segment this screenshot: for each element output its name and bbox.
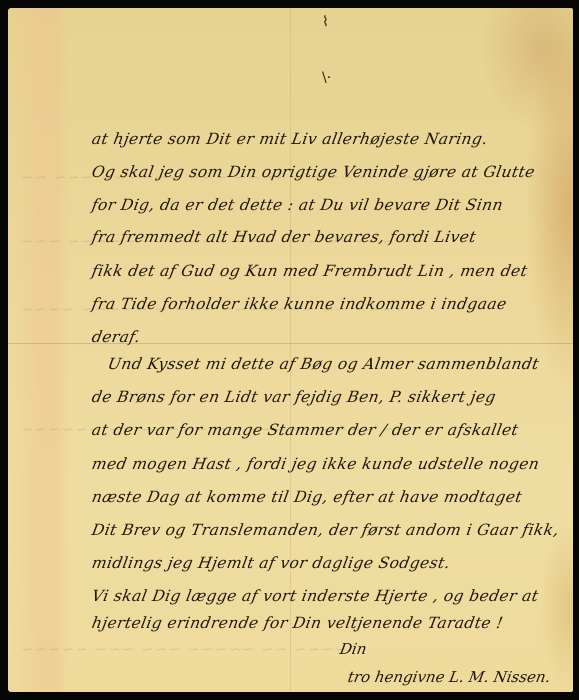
letter-signature: tro hengivne L. M. Nissen. [346,668,552,686]
ink-mark: \· [322,70,331,86]
letter-line: for Dig, da er det dette : at Du vil bev… [90,196,504,214]
letter-line: Und Kysset mi dette af Bøg og Almer samm… [106,355,540,373]
ink-mark: ⌇ [322,14,329,30]
letter-line: Vi skal Dig lægge af vort inderste Hjert… [90,587,540,605]
letter-line: midlings jeg Hjemlt af vor daglige Sodge… [90,554,451,572]
bleed-through-text: ~~~~ ~~ ~~~~~ ~~~ ~~~ ~~~~~ [20,640,347,658]
letter-line: deraf. [90,328,141,346]
letter-line: at der var for mange Stammer der / der e… [90,421,519,439]
letter-line: Dit Brev og Translemanden, der først and… [90,521,560,539]
letter-closing: Din [338,640,368,658]
letter-line: fra Tide forholder ikke kunne indkomme i… [90,295,508,313]
letter-line: de Brøns for en Lidt var fejdig Ben, P. … [90,388,497,406]
letter-line: med mogen Hast , fordi jeg ikke kunde ud… [90,455,540,473]
letter-line: Og skal jeg som Din oprigtige Veninde gj… [90,163,536,181]
letter-line: næste Dag at komme til Dig, efter at hav… [90,488,523,506]
scanned-letter: ~~~ ~~~~ ~ ~~~~~ ~~~ ~~~~~~ ~~~ ~~ ~~ ~~… [0,0,579,700]
letter-line: fra fremmedt alt Hvad der bevares, fordi… [90,228,477,246]
letter-line: at hjerte som Dit er mit Liv allerhøjest… [90,130,489,148]
letter-line: hjertelig erindrende for Din veltjenende… [90,614,504,632]
letter-line: fikk det af Gud og Kun med Frembrudt Lin… [90,262,529,280]
